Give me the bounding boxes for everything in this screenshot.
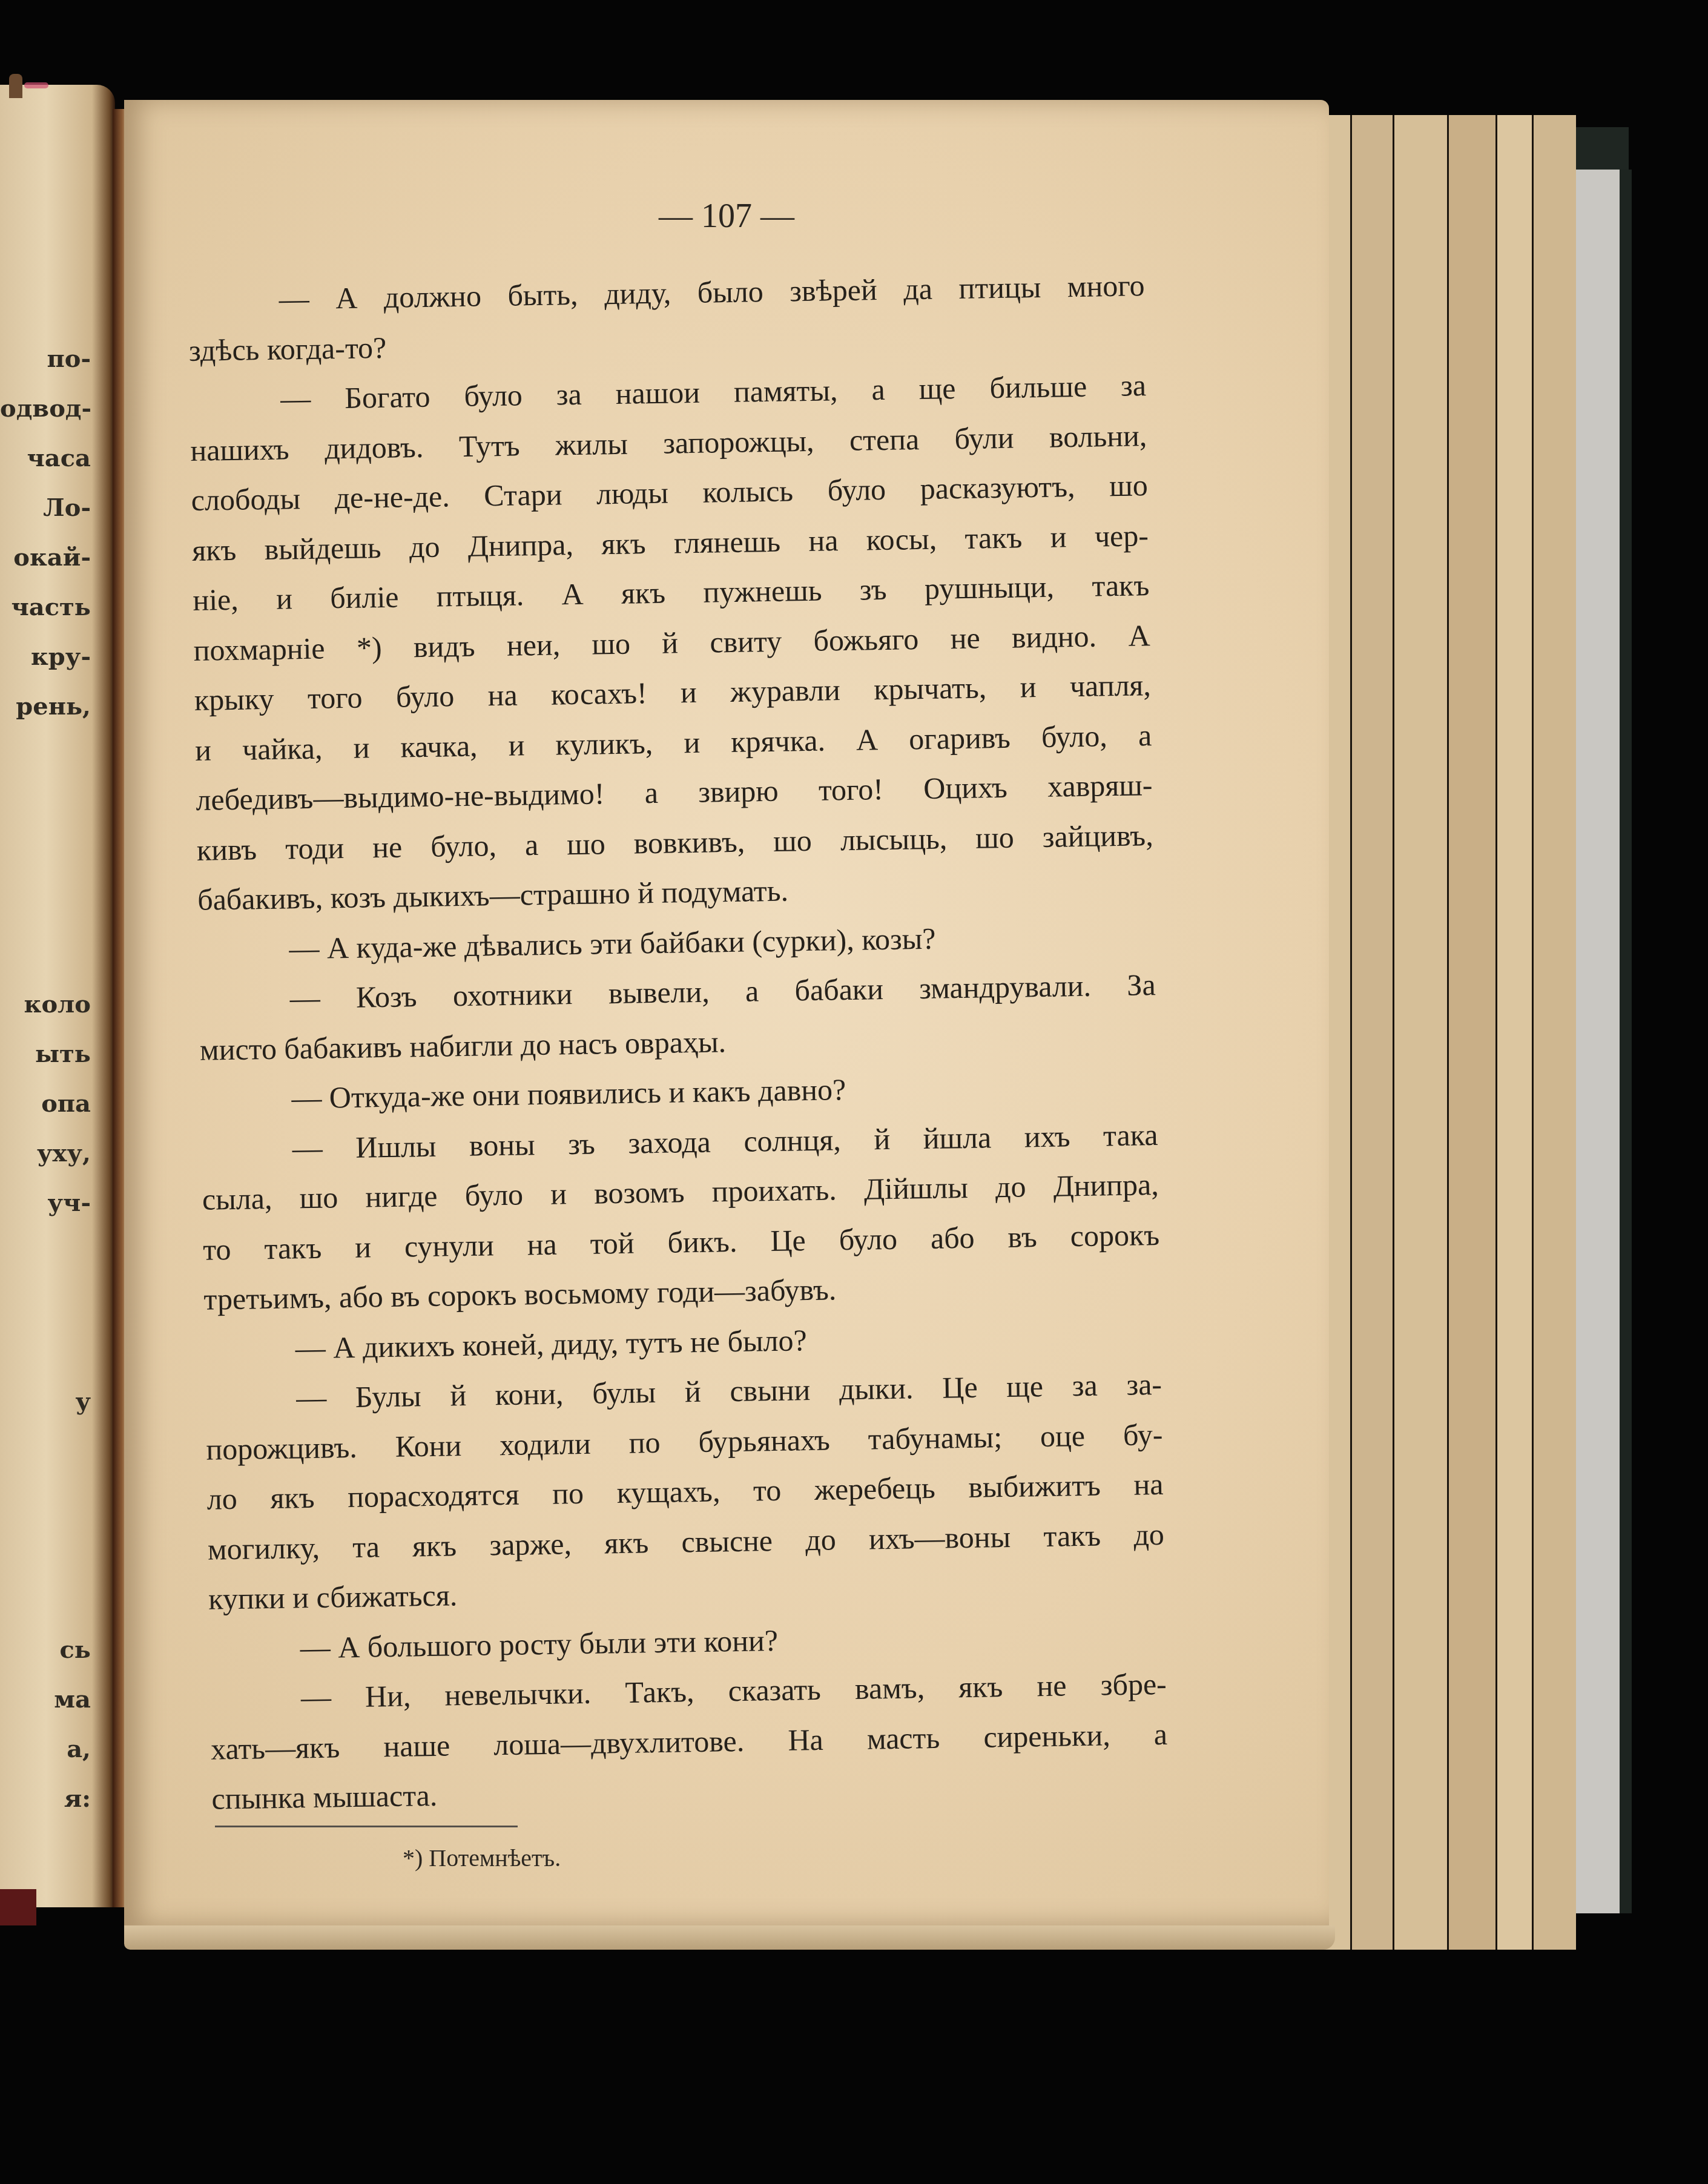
fragment: часть — [0, 582, 91, 632]
fragment: часа — [0, 434, 91, 483]
fragment: рень, — [0, 682, 91, 731]
fragment — [0, 1228, 91, 1278]
footnote-rule — [215, 1826, 518, 1827]
fragment: одвод- — [0, 384, 91, 434]
fragment — [0, 930, 91, 980]
page-edge — [1350, 115, 1394, 1950]
left-page-text-fragments: по- одвод- часа Ло- окай- часть кру- рен… — [0, 285, 91, 1824]
body-text: — А должно быть, диду, было звѣрей да пт… — [188, 260, 1169, 1824]
fragment: Ло- — [0, 483, 91, 533]
fragment: по- — [0, 334, 91, 384]
page-stack-edges — [1302, 115, 1629, 1950]
fragment — [0, 831, 91, 880]
page-number: — 107 — — [124, 197, 1329, 236]
fragment — [0, 1526, 91, 1575]
fragment: я: — [0, 1774, 91, 1824]
fragment — [0, 1278, 91, 1327]
fragment: а, — [0, 1724, 91, 1774]
fragment: кру- — [0, 632, 91, 682]
fragment — [0, 1427, 91, 1476]
fragment: у — [0, 1377, 91, 1427]
fragment: уч- — [0, 1178, 91, 1228]
fragment — [0, 1575, 91, 1625]
book-page: — 107 — — А должно быть, диду, было звѣр… — [124, 100, 1329, 1925]
fragment — [0, 880, 91, 930]
fragment — [0, 731, 91, 781]
page-bottom-edge — [124, 1925, 1335, 1950]
fragment: окай- — [0, 533, 91, 582]
red-mark — [24, 82, 48, 88]
fragment: уху, — [0, 1129, 91, 1178]
fragment: ма — [0, 1675, 91, 1724]
bookmark-ribbon — [9, 74, 22, 98]
fragment: коло — [0, 980, 91, 1029]
red-binding-corner — [0, 1889, 36, 1925]
page-edge — [1447, 115, 1497, 1950]
fragment: опа — [0, 1079, 91, 1129]
page-edge — [1495, 115, 1534, 1950]
page-edge — [1393, 115, 1449, 1950]
fragment — [0, 781, 91, 831]
fragment — [0, 1476, 91, 1526]
fragment — [0, 285, 91, 334]
footnote: *) Потемнѣетъ. — [403, 1844, 561, 1872]
left-facing-page: по- одвод- часа Ло- окай- часть кру- рен… — [0, 85, 115, 1907]
fragment — [0, 1327, 91, 1377]
page-edge — [1532, 115, 1576, 1950]
fragment: ыть — [0, 1029, 91, 1079]
fragment: сь — [0, 1625, 91, 1675]
